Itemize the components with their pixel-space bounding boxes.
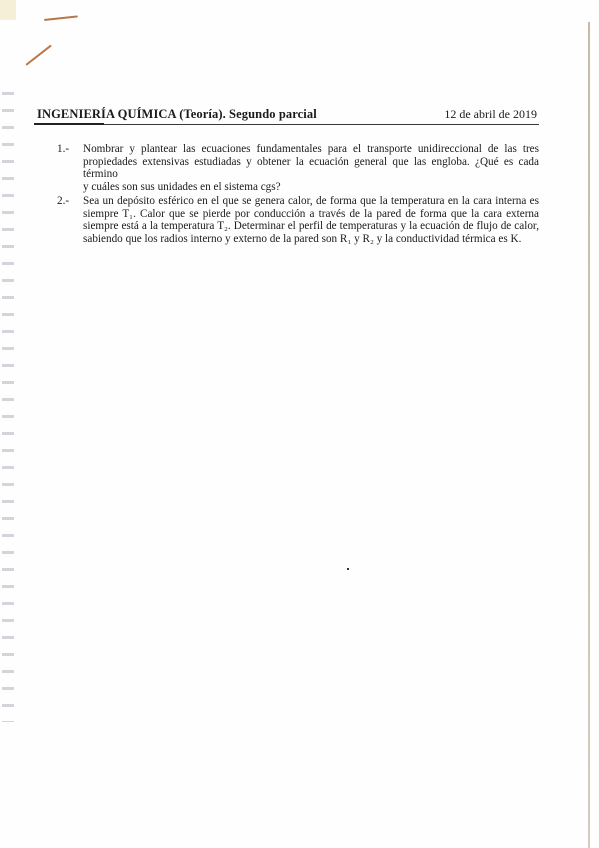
- stray-dot-mark: [347, 568, 349, 570]
- question-line: siempre T₁. Calor que se pierde por cond…: [83, 208, 539, 221]
- question-number: 2.-: [57, 195, 81, 208]
- question-line: propiedades extensivas estudiadas y obte…: [83, 156, 539, 181]
- exam-header: INGENIERÍA QUÍMICA (Teoría). Segundo par…: [37, 107, 537, 123]
- question-line: siempre está a la temperatura T₂. Determ…: [83, 220, 539, 233]
- question-number: 1.-: [57, 143, 81, 156]
- page-corner-stain: [0, 0, 16, 20]
- question-text: Nombrar y plantear las ecuaciones fundam…: [83, 143, 539, 193]
- question-line: sabiendo que los radios interno y extern…: [83, 233, 539, 246]
- exam-page: INGENIERÍA QUÍMICA (Teoría). Segundo par…: [0, 0, 599, 848]
- exam-title: INGENIERÍA QUÍMICA (Teoría). Segundo par…: [37, 107, 317, 122]
- question-line: Sea un depósito esférico en el que se ge…: [83, 195, 539, 208]
- question-1: 1.- Nombrar y plantear las ecuaciones fu…: [57, 143, 539, 193]
- header-divider: [34, 124, 539, 125]
- question-line: y cuáles son sus unidades en el sistema …: [83, 181, 539, 194]
- question-text: Sea un depósito esférico en el que se ge…: [83, 195, 539, 245]
- pen-stroke-mark: [25, 45, 51, 66]
- exam-date: 12 de abril de 2019: [444, 107, 537, 122]
- binding-edge-line: [588, 22, 590, 848]
- question-line: Nombrar y plantear las ecuaciones fundam…: [83, 143, 539, 156]
- question-2: 2.- Sea un depósito esférico en el que s…: [57, 195, 539, 245]
- pen-stroke-mark: [44, 15, 78, 21]
- left-edge-marks: [2, 82, 14, 722]
